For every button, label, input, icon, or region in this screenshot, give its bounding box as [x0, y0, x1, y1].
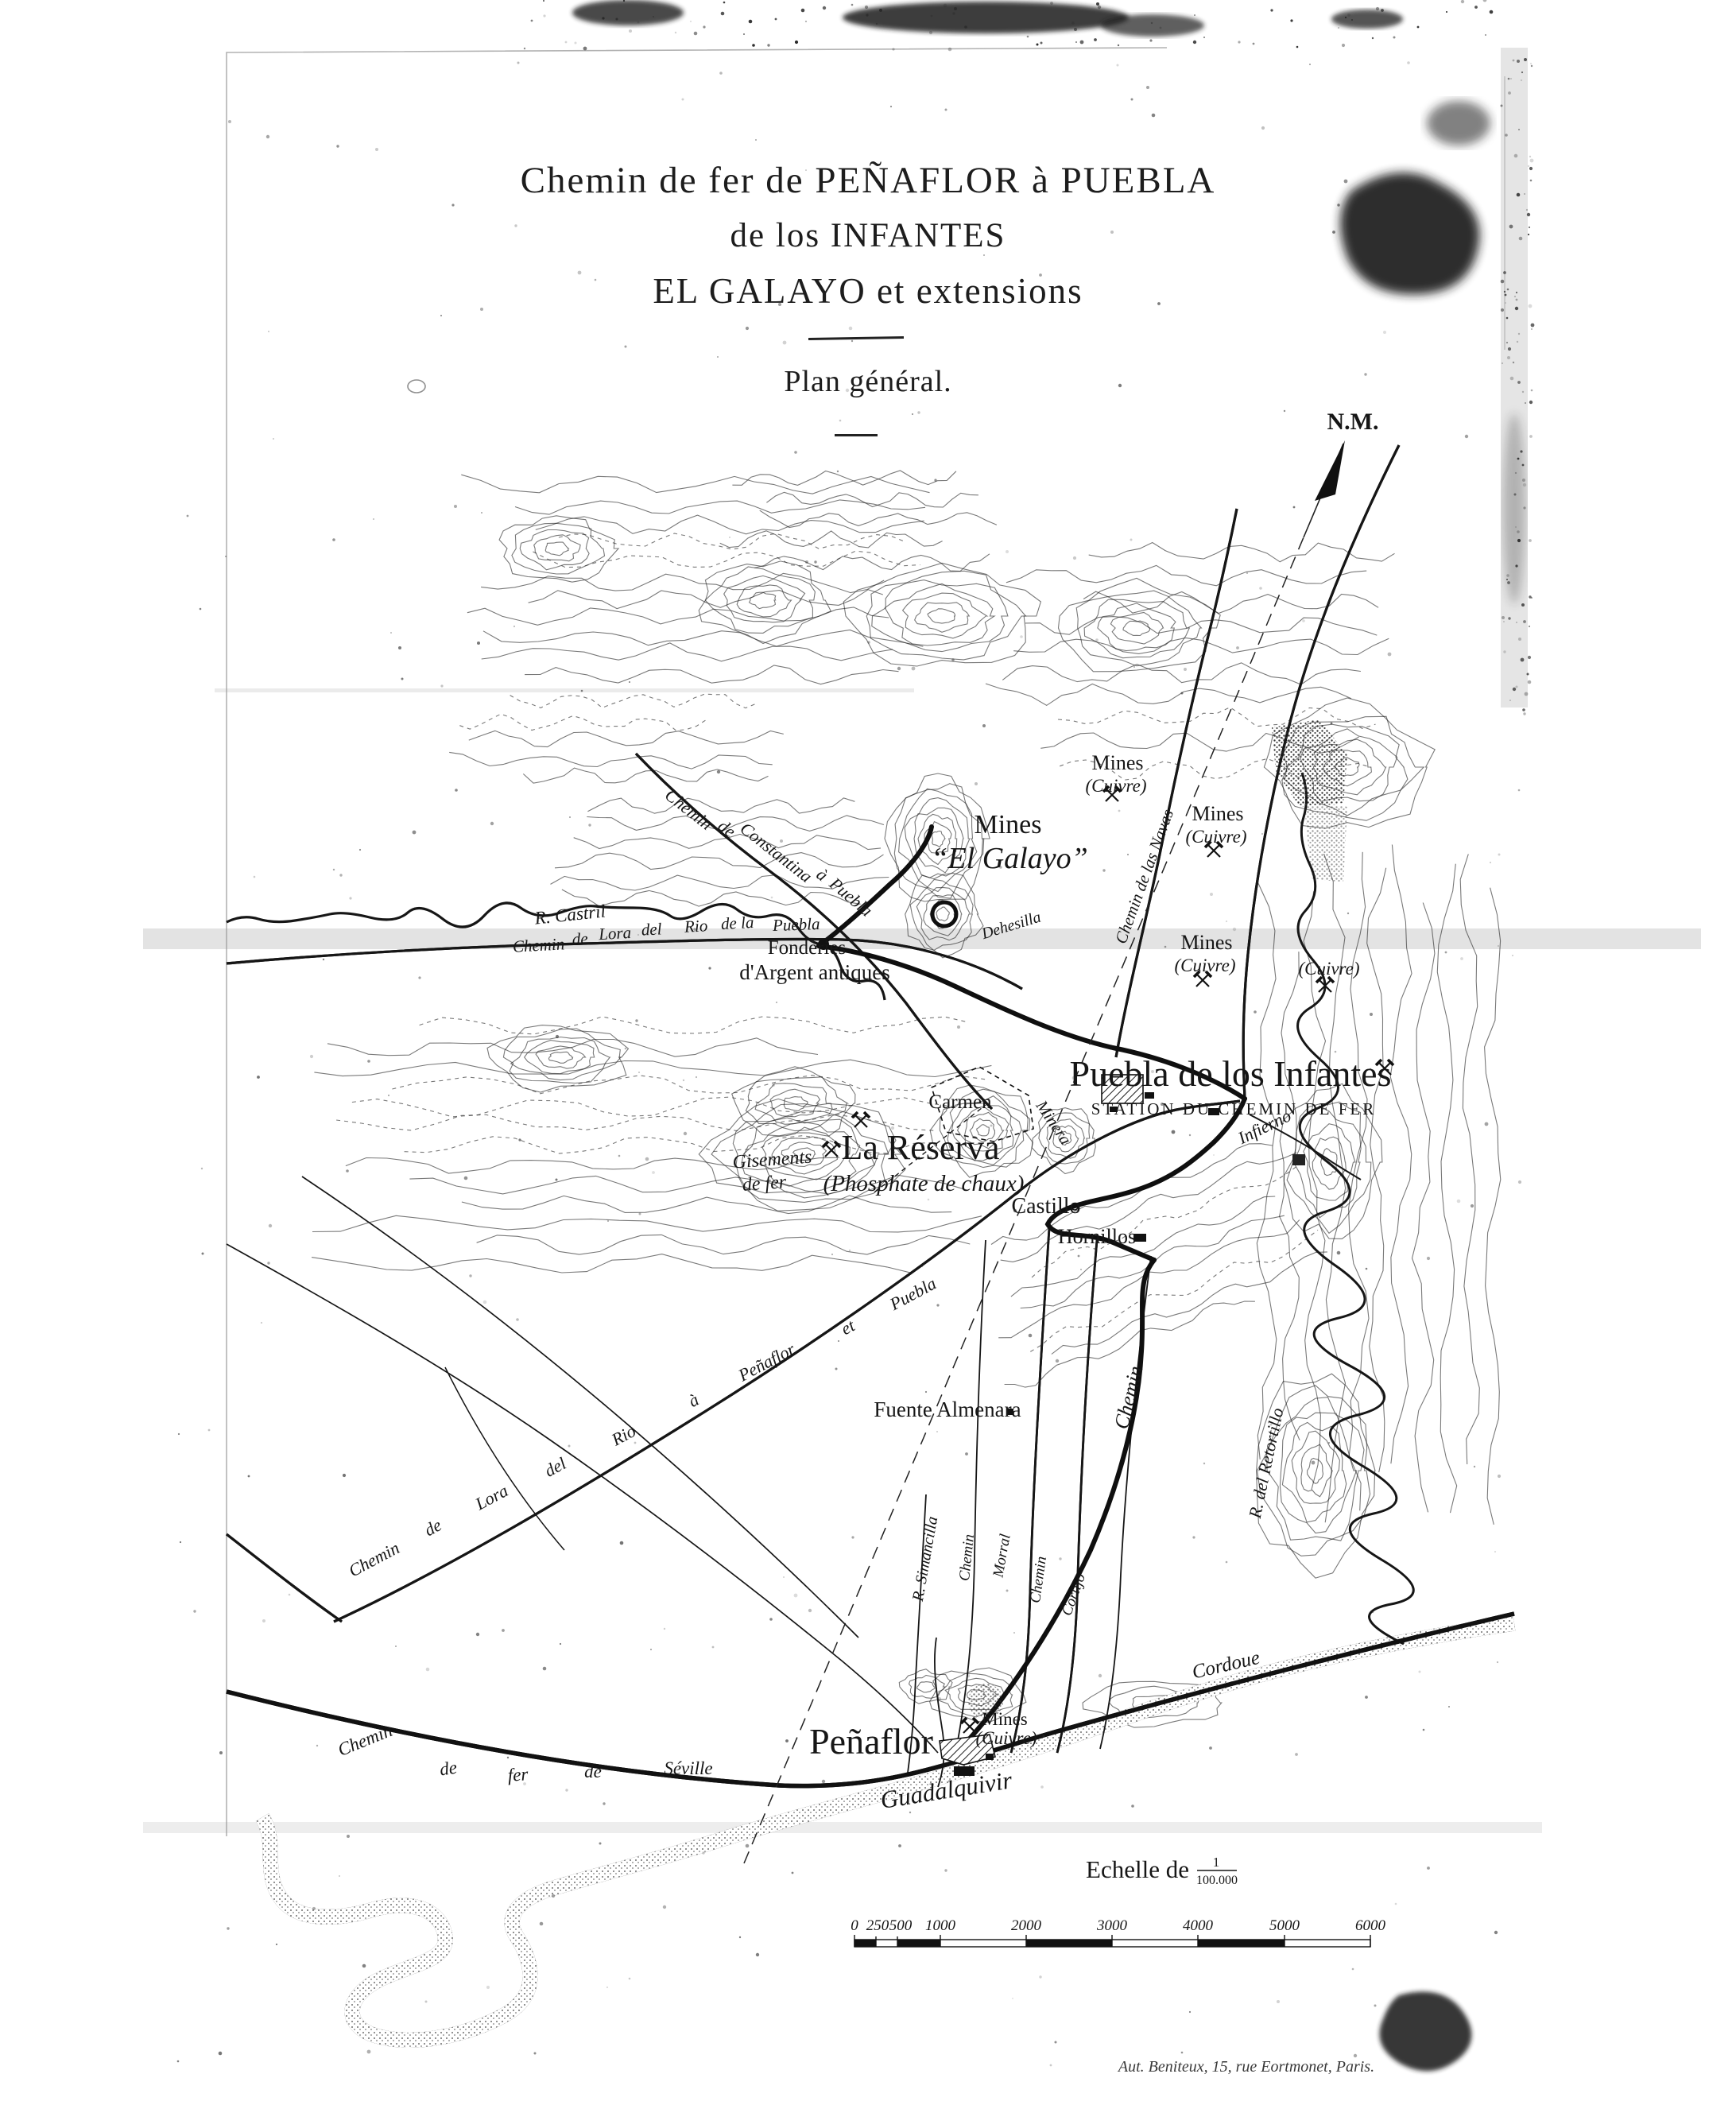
- scan-speck: [1427, 1866, 1430, 1870]
- label-mines-penaflor: (Cuivre): [975, 1728, 1037, 1748]
- scan-speck: [1372, 37, 1374, 39]
- scan-speck: [1513, 60, 1515, 62]
- scan-speck: [1505, 134, 1508, 137]
- contour-line: [461, 475, 929, 494]
- scan-speck: [1474, 6, 1478, 9]
- scan-speck: [1471, 1204, 1474, 1207]
- scan-speck: [891, 1126, 894, 1130]
- scan-speck: [1521, 658, 1525, 662]
- contour-line: [477, 1235, 971, 1254]
- scan-speck: [645, 1157, 649, 1161]
- scan-speck: [581, 690, 583, 692]
- stream: [445, 1367, 564, 1550]
- scan-speck: [1110, 231, 1114, 234]
- scan-speck: [208, 1429, 211, 1432]
- scan-speck: [1395, 1903, 1397, 1905]
- scan-speck: [1074, 28, 1077, 31]
- scan-speck: [1498, 854, 1501, 856]
- scan-speck: [703, 25, 705, 28]
- scan-speck: [1055, 2041, 1057, 2044]
- scan-speck: [1354, 2054, 1357, 2057]
- scan-speck: [752, 44, 755, 47]
- scan-speck: [343, 1474, 346, 1477]
- scan-speck: [771, 897, 773, 899]
- scan-speck: [1498, 945, 1499, 947]
- scan-speck: [228, 120, 231, 123]
- scan-speck: [746, 327, 749, 330]
- scan-speck: [1498, 1475, 1501, 1478]
- stream: [302, 1176, 858, 1638]
- label-castril: R. Castril: [533, 901, 606, 928]
- contour-line: [720, 531, 943, 548]
- scan-speck: [599, 1843, 602, 1845]
- contour-line: [392, 1076, 985, 1094]
- scan-speck: [1013, 1632, 1015, 1634]
- road-label-constantina: Chemin: [661, 785, 716, 834]
- contour-line: [482, 643, 893, 661]
- contour-line: [1030, 1230, 1318, 1351]
- label-carmen: Carmen: [928, 1091, 992, 1113]
- scan-speck: [964, 25, 967, 29]
- scan-speck: [607, 1220, 609, 1222]
- scale-tick-0: 0: [851, 1917, 858, 1934]
- scan-speck: [838, 1340, 839, 1342]
- scan-speck: [202, 1253, 204, 1255]
- scan-speck: [1259, 587, 1262, 590]
- scan-speck: [890, 106, 892, 107]
- scan-speck: [1507, 289, 1509, 291]
- road-label-seville: fer: [507, 1764, 529, 1785]
- scan-speck: [1152, 114, 1156, 118]
- scan-speck: [664, 1628, 665, 1630]
- scan-speck: [569, 816, 571, 818]
- scale-bar: 0 250 500 1000 2000 3000 4000 5000 6000: [851, 1917, 1385, 1947]
- scan-speck: [652, 1171, 655, 1174]
- road-label-diagonal: à: [685, 1390, 702, 1411]
- scan-speck: [1521, 603, 1525, 607]
- settlement-stipple: [1304, 799, 1347, 882]
- scan-speck: [928, 1199, 930, 1201]
- scan-speck: [565, 41, 568, 44]
- label-mines-penaflor: Mines: [982, 1709, 1028, 1729]
- scan-speck: [486, 1986, 490, 1989]
- scan-speck: [455, 789, 458, 792]
- scan-speck: [930, 1157, 932, 1159]
- scan-speck: [639, 1213, 641, 1215]
- scanned-map-page: Chemin de fer de PEÑAFLOR à PUEBLA de lo…: [0, 0, 1736, 2101]
- scan-speck: [178, 1433, 180, 1435]
- scan-speck: [1331, 723, 1333, 725]
- scan-speck: [778, 303, 781, 306]
- scan-speck: [1059, 1557, 1061, 1560]
- scan-speck: [1172, 1130, 1176, 1134]
- contour-band: [449, 694, 784, 783]
- contour-line: [1123, 621, 1150, 635]
- scan-speck: [359, 849, 361, 851]
- scan-speck: [944, 4, 947, 8]
- scan-speck: [650, 1649, 652, 1650]
- label-hornillos: Hornillos: [1058, 1225, 1136, 1248]
- scan-speck: [1042, 1735, 1044, 1737]
- scan-speck: [1161, 1103, 1164, 1106]
- north-arrowhead-icon: [1315, 440, 1345, 501]
- scan-speck: [1094, 38, 1097, 41]
- scan-speck: [524, 48, 525, 49]
- contour-line: [545, 542, 568, 556]
- scan-speck: [952, 12, 955, 14]
- road-label-diagonal: del: [541, 1453, 569, 1481]
- scan-speck: [1465, 435, 1468, 438]
- scan-speck: [1505, 294, 1507, 297]
- scan-speck: [289, 1594, 291, 1596]
- contour-line: [917, 1682, 936, 1692]
- scan-speck: [556, 1179, 558, 1181]
- scan-speck: [1515, 526, 1517, 528]
- scan-speck: [1344, 180, 1348, 184]
- scan-speck: [193, 1610, 196, 1612]
- scan-speck: [879, 9, 882, 12]
- scan-speck: [1302, 619, 1305, 622]
- scan-speck: [1521, 79, 1522, 81]
- scan-speck: [637, 934, 639, 936]
- scan-speck: [983, 254, 985, 256]
- scan-speck: [1151, 1070, 1154, 1073]
- contour-line: [1098, 603, 1176, 651]
- scan-speck: [1517, 193, 1521, 197]
- contour-line: [1304, 891, 1326, 1490]
- scan-speck: [1516, 686, 1518, 688]
- scan-speck: [811, 940, 814, 943]
- label-fuente-almenara: Fuente Almenara: [874, 1397, 1021, 1421]
- scan-speck: [785, 1739, 789, 1742]
- scan-speck: [1342, 44, 1345, 47]
- label-puebla: Puebla de los Infantes: [1070, 1053, 1392, 1094]
- stream: [227, 1244, 938, 1753]
- label-gisements: Gisements: [732, 1147, 813, 1173]
- scan-speck: [1073, 556, 1076, 560]
- scan-speck: [1181, 2052, 1184, 2054]
- scan-speck: [1118, 384, 1122, 387]
- scan-speck: [1370, 1068, 1372, 1071]
- scan-speck: [1080, 1269, 1082, 1270]
- scale-fraction-denominator: 100.000: [1196, 1874, 1238, 1887]
- scan-speck: [1445, 952, 1447, 954]
- imprint: Aut. Beniteux, 15, rue Eortmonet, Paris.: [1117, 2058, 1374, 2076]
- contour-line: [1282, 1422, 1346, 1522]
- scan-speck: [794, 451, 797, 454]
- scan-speck: [1118, 45, 1119, 46]
- scan-speck: [1192, 1536, 1195, 1538]
- road-label-seville: de: [584, 1762, 602, 1781]
- scan-speck: [336, 145, 339, 147]
- map-labels: N.M. Mines “El Galayo” Mines (Cuivre) Mi…: [335, 409, 1391, 1814]
- scan-speck: [1130, 539, 1133, 541]
- scan-speck: [694, 32, 698, 36]
- scan-speck: [1332, 231, 1335, 234]
- label-simancilla: R. Simancilla: [909, 1515, 942, 1603]
- scan-speck: [1340, 418, 1343, 421]
- scan-speck: [1506, 342, 1508, 343]
- scan-speck: [469, 1274, 471, 1277]
- scan-speck: [746, 1844, 750, 1848]
- road-label-lora: de: [572, 929, 588, 949]
- scan-speck: [944, 1869, 947, 1871]
- scan-speck: [1209, 1746, 1212, 1750]
- scan-speck: [1529, 304, 1533, 308]
- scan-speck: [876, 23, 878, 25]
- scan-speck: [1522, 464, 1525, 467]
- scan-speck: [1099, 1674, 1102, 1677]
- road-label-diagonal: Lora: [471, 1480, 511, 1514]
- contour-line: [469, 731, 784, 746]
- scan-speck: [682, 99, 684, 101]
- label-mines-cuivre: (Cuivre): [1174, 956, 1235, 975]
- scan-speck: [909, 1812, 911, 1813]
- scan-speck: [749, 20, 753, 24]
- scan-speck: [316, 1745, 318, 1746]
- scan-speck: [346, 1169, 349, 1173]
- scan-speck: [1040, 42, 1043, 45]
- scan-speck: [588, 824, 591, 826]
- scan-speck: [187, 515, 189, 517]
- scan-speck: [556, 1035, 559, 1038]
- scan-speck: [835, 1368, 838, 1370]
- scan-speck: [1528, 234, 1529, 235]
- scan-speck: [1485, 1122, 1489, 1126]
- scan-speck: [1347, 14, 1350, 17]
- contour-line: [936, 907, 949, 921]
- scan-speck: [1517, 341, 1518, 343]
- label-fonderies: Fonderies: [768, 937, 847, 959]
- scan-speck: [775, 18, 777, 21]
- contour-line: [1324, 854, 1346, 1522]
- scan-speck: [180, 1541, 181, 1543]
- scan-speck: [1518, 638, 1521, 641]
- scan-speck: [1236, 646, 1239, 649]
- scan-speck: [1233, 928, 1236, 931]
- scan-speck: [794, 1594, 798, 1598]
- scan-speck: [552, 1894, 555, 1897]
- scan-speck: [1427, 1257, 1430, 1260]
- contour-line: [1058, 707, 1376, 729]
- scan-speck: [712, 1646, 715, 1649]
- scan-speck: [1518, 789, 1521, 792]
- scan-speck: [1524, 58, 1527, 61]
- scan-band-right: [1501, 48, 1528, 707]
- scan-speck: [1513, 688, 1516, 691]
- scan-speck: [1096, 2, 1099, 6]
- scan-speck: [1501, 105, 1503, 107]
- scan-speck: [523, 1782, 526, 1785]
- contour-line: [1485, 888, 1501, 1525]
- contour-line: [760, 510, 997, 527]
- scan-speck: [1494, 1551, 1496, 1552]
- scan-speck: [1522, 708, 1525, 711]
- scan-speck: [1517, 458, 1520, 460]
- scan-speck: [954, 7, 957, 10]
- scan-speck: [1529, 539, 1532, 542]
- contour-line: [459, 714, 707, 731]
- scan-speck: [1050, 2, 1053, 5]
- scan-speck: [849, 327, 853, 331]
- scan-speck: [934, 479, 936, 481]
- scan-speck: [1270, 1424, 1273, 1426]
- label-phosphate: (Phosphate de chaux): [823, 1171, 1025, 1196]
- contour-band: [461, 475, 929, 684]
- scan-speck: [921, 1266, 923, 1267]
- scan-smudge: [1331, 10, 1403, 29]
- label-la-reserva: La Réserva: [841, 1128, 999, 1167]
- scan-speck: [831, 1254, 833, 1255]
- scan-speck: [1151, 22, 1153, 24]
- scan-speck: [312, 1907, 316, 1910]
- scan-speck: [719, 72, 723, 75]
- scan-speck: [1157, 302, 1161, 305]
- scan-speck: [696, 1076, 697, 1078]
- contour-line: [1006, 565, 1366, 586]
- scan-speck: [565, 1789, 568, 1791]
- scan-speck: [629, 29, 632, 33]
- label-mines-galayo: Mines: [975, 810, 1042, 839]
- scan-speck: [1517, 381, 1521, 384]
- contour-line: [534, 535, 580, 561]
- contour-hill: [1059, 578, 1221, 671]
- scan-speck: [1519, 237, 1523, 241]
- scan-speck: [1365, 1696, 1368, 1699]
- scan-speck: [349, 897, 351, 899]
- scan-speck: [451, 204, 454, 206]
- scan-speck: [1490, 862, 1491, 863]
- contour-line: [312, 1254, 912, 1273]
- scan-speck: [975, 782, 978, 785]
- road-label-diagonal: Rio: [607, 1421, 639, 1450]
- scan-speck: [1372, 1611, 1374, 1613]
- scan-speck: [332, 538, 335, 541]
- scan-speck: [1013, 1209, 1017, 1212]
- scan-speck: [801, 9, 805, 13]
- scan-speck: [739, 1936, 741, 1938]
- scan-speck: [946, 289, 948, 292]
- contour-line: [928, 609, 955, 623]
- scan-speck: [1528, 680, 1532, 684]
- contour-line: [843, 563, 1040, 666]
- scan-speck: [1417, 26, 1420, 29]
- scan-speck: [540, 1922, 544, 1926]
- scan-speck: [1366, 1268, 1368, 1270]
- scan-speck: [1050, 2064, 1052, 2067]
- scan-speck: [637, 21, 640, 24]
- scan-speck: [1497, 1661, 1498, 1663]
- scan-speck: [1238, 41, 1240, 43]
- scan-speck: [729, 537, 730, 538]
- scan-speck: [1071, 21, 1075, 25]
- scan-speck: [1020, 635, 1023, 638]
- scan-speck: [1246, 572, 1248, 574]
- scan-speck: [1513, 362, 1514, 363]
- scan-speck: [1080, 41, 1084, 45]
- scan-speck: [1516, 299, 1518, 301]
- scan-speck: [957, 1025, 960, 1029]
- scan-speck: [464, 1176, 468, 1180]
- scan-speck: [1284, 410, 1285, 412]
- scan-speck: [967, 1674, 971, 1678]
- scan-speck: [583, 47, 587, 51]
- scan-speck: [1337, 1251, 1341, 1255]
- scan-speck: [1506, 579, 1508, 580]
- scan-speck: [227, 1927, 229, 1929]
- scan-speck: [1518, 1180, 1521, 1184]
- contour-line: [327, 1038, 818, 1056]
- scan-speck: [783, 1576, 785, 1578]
- scan-speck: [390, 632, 392, 634]
- scan-speck: [269, 1224, 272, 1227]
- label-morral: Morral: [990, 1533, 1013, 1580]
- scan-speck: [1374, 2005, 1377, 2007]
- scan-speck: [1370, 1013, 1373, 1016]
- scan-speck: [1514, 494, 1517, 496]
- scan-speck: [1149, 39, 1152, 41]
- scan-speck: [1518, 333, 1520, 335]
- scan-speck: [266, 135, 269, 138]
- label-penaflor: Peñaflor: [809, 1721, 933, 1762]
- contour-line: [1059, 578, 1221, 671]
- scan-speck: [1503, 621, 1505, 622]
- scan-speck: [767, 44, 769, 46]
- settlement-blob: [1292, 1154, 1305, 1165]
- scan-speck: [867, 641, 870, 644]
- scan-speck: [1351, 19, 1353, 21]
- scan-speck: [514, 224, 517, 227]
- scan-speck: [1523, 620, 1526, 623]
- scan-speck: [413, 831, 417, 835]
- building: [986, 1754, 994, 1760]
- contour-line: [555, 853, 884, 870]
- contour-line: [467, 607, 889, 625]
- label-castillo: Castillo: [1011, 1194, 1080, 1219]
- contour-line: [499, 516, 618, 582]
- scan-speck: [684, 1132, 687, 1135]
- contour-line: [533, 551, 920, 567]
- scan-speck: [1516, 622, 1517, 623]
- contour-band: [720, 471, 997, 572]
- contour-line: [420, 1017, 968, 1034]
- scan-speck: [310, 1055, 313, 1058]
- scan-speck: [675, 32, 676, 33]
- scan-speck: [395, 1646, 397, 1647]
- scan-speck: [1517, 539, 1521, 542]
- contour-line: [754, 554, 990, 572]
- scan-smudge: [572, 0, 684, 25]
- road-label-constantina: à: [813, 864, 832, 885]
- scan-speck: [772, 1083, 775, 1087]
- scan-speck: [990, 1125, 993, 1127]
- scan-speck: [936, 1304, 939, 1306]
- scan-speck: [1029, 1334, 1033, 1338]
- scan-speck: [1075, 41, 1077, 43]
- label-retortillo: R. del Retortillo: [1245, 1406, 1288, 1521]
- scan-speck: [1526, 209, 1528, 211]
- scan-speck: [606, 1987, 608, 1988]
- scan-speck: [693, 928, 696, 930]
- scan-speck: [1184, 668, 1187, 671]
- scan-speck: [1027, 36, 1029, 38]
- scan-speck: [267, 1262, 269, 1264]
- contour-line: [449, 752, 773, 769]
- scan-speck: [483, 1301, 487, 1304]
- scan-speck: [1503, 650, 1505, 653]
- scan-speck: [805, 560, 808, 564]
- road-label-lora: de la: [720, 913, 754, 933]
